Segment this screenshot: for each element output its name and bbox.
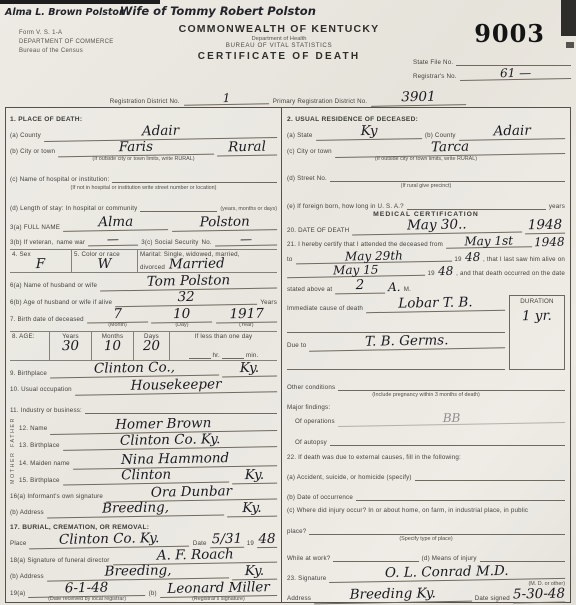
birthplace-label: 9. Birthplace [10,370,47,377]
funeral-director-addr-value: Breeding, [47,564,229,582]
funeral-director-label: 18(a) Signature of funeral director [10,557,110,564]
veteran-label2: name war [56,239,85,246]
spouse-name-label: 6(a) Name of husband or wife [10,282,97,289]
certificate-title: CERTIFICATE OF DEATH [145,51,413,62]
date-signed-value: 5-30-48 [513,587,565,602]
informant-addr-value: Breeding, [47,500,224,518]
pod-city-note: (If outside city or town limits, write R… [92,156,194,162]
date-signed-label: Date signed [475,595,510,602]
birth-day-note: (Day) [175,322,188,328]
ssn-label2: No. [202,239,212,246]
registrar-received-label: 19(a) [10,590,25,597]
attended-to-year: 48 [465,251,480,263]
spouse-age-label: 6(b) Age of husband or wife if alive [10,299,112,306]
death-hour-value: 2 [335,279,385,294]
registrar-received-note: (Date received by local registrar) [48,596,126,602]
res-foreign-label: (e) If foreign born, how long in U. S. A… [287,203,404,210]
residence-header: 2. USUAL RESIDENCE OF DECEASED: [287,116,418,123]
mother-side-label: MOTHER [10,451,19,484]
attended-from-value: May 1st [446,235,532,249]
birth-year-cell: 1917 (Year) [216,308,277,329]
scan-artifact [566,42,574,48]
other-conditions-value [338,372,565,391]
informant-addr-label: (b) Address [10,509,44,516]
pod-hospital-value [112,164,277,183]
marital-label2: divorced [140,264,165,271]
m-label: M. [404,286,411,293]
district-line: Registration District No. 1 Primary Regi… [5,85,571,105]
birth-month-value: 7 [87,307,149,323]
registration-district-label: Registration District No. [110,98,180,105]
res-county-label: (b) County [425,132,456,139]
age-label: 8. AGE: [12,333,47,340]
state-file-value [456,47,571,66]
form-header: Form V. S. 1-A DEPARTMENT OF COMMERCE Bu… [5,21,571,85]
pod-stay-label: (d) Length of stay: In hospital or commu… [10,205,137,212]
mother-birthplace-label: 15. Birthplace [19,477,60,484]
full-name-label: 3(a) FULL NAME [10,224,60,231]
birthdate-label: 7. Birth date of deceased [10,316,84,323]
res-street-value [330,163,565,182]
to-label: to [287,256,293,263]
pod-rural-value: Rural [217,140,277,156]
birth-day-value: 10 [151,307,213,323]
pod-hospital-note: (If not in hospital or institution write… [71,185,217,191]
other-conditions-note: (Include pregnancy within 3 months of de… [372,392,480,398]
scan-artifact [561,0,576,36]
birth-month-note: (Month) [108,322,127,328]
age-less-day-label: If less than one day [172,333,275,340]
sex-color-marital-row: 4. Sex F 5. Color or race W Marital: Sin… [10,249,277,274]
occurrence-date-value [356,482,565,501]
pod-city-value: Faris [58,140,214,157]
pod-stay-value [140,193,217,212]
full-name-first: Alma [63,216,169,232]
registrar-sig-note: (Registrar's signature) [192,596,245,602]
burial-date-19: 19 [247,540,254,547]
age-months-value: 10 [94,339,131,353]
to-19: 19 [454,256,461,263]
father-birthplace-value: Clinton Co. Ky. [63,432,278,450]
certify-text-1: 21. I hereby certify that I attended the… [287,241,443,248]
physician-sig-cell: O. L. Conrad M.D. (M. D. or other) [329,566,565,587]
veteran-label: 3(b) If veteran, [10,239,53,246]
date-of-death-value: May 30.. [352,218,522,235]
immediate-cause-value: Lobar T. B. [366,296,505,313]
death-certificate-scan: Alma L. Brown Polston Wife of Tommy Robe… [0,0,576,605]
marital-value: Married [169,257,225,271]
registrar-received-value: 6-1-48 [28,581,145,598]
injury-where-label: (c) Where did injury occur? In or about … [287,507,528,514]
physician-sig-label: 23. Signature [287,575,326,582]
certify-mid-text: , that I last saw him alive on [483,256,565,263]
primary-district-label: Primary Registration District No. [273,98,368,105]
form-id-block: Form V. S. 1-A DEPARTMENT OF COMMERCE Bu… [5,21,145,85]
veteran-value: — [88,232,138,246]
funeral-director-addr-state: Ky. [232,565,277,580]
father-name-label: 12. Name [19,425,47,432]
age-hr-label: hr. [213,352,220,359]
occupation-value: Housekeeper [75,377,277,395]
state-file-label: State File No. [413,59,453,66]
res-street-label: (d) Street No. [287,175,327,182]
birth-year-value: 1917 [215,307,277,323]
mother-birthplace-value: Clinton [63,468,230,485]
certify-mid2-text: , and that death occurred on the date [456,270,565,277]
occupation-label: 10. Usual occupation [10,386,72,393]
sex-value: F [12,257,69,271]
registrar-received-cell: 6-1-48 (Date received by local registrar… [28,582,145,603]
cause-duration-block: Immediate cause of death Lobar T. B. Due… [287,295,565,370]
immediate-cause-label: Immediate cause of death [287,305,363,312]
injury-where-label2: place? [287,528,306,535]
means-of-injury-value [480,543,565,562]
injury-where-note: (Specify type of place) [399,536,452,542]
registrar-no-value: 61 — [460,66,571,81]
blank-line [287,351,505,370]
commonwealth-title: COMMONWEALTH OF KENTUCKY [145,23,413,35]
physician-addr-label: Address [287,595,311,602]
informant-sig-label: 16(a) Informant's own signature [10,493,103,500]
injury-where-value [309,516,565,535]
physician-addr-value: Breeding Ky. [314,586,472,603]
pod-stay-note: (years, months or days) [220,206,277,212]
birthplace-state: Ky. [222,362,277,377]
age-hr-value [189,340,211,359]
birth-year-note: (Year) [239,322,253,328]
alive-19: 19 [428,270,435,277]
of-autopsy-value [330,427,565,446]
bureau-vital-statistics: BUREAU OF VITAL STATISTICS [145,42,413,49]
stamp-number: 9003 [413,22,571,46]
due-to-label: Due to [287,342,306,349]
age-days-value: 20 [136,339,167,353]
birth-day-cell: 10 (Day) [151,308,212,329]
age-min-label: min. [246,352,259,359]
last-alive-year: 48 [438,265,453,277]
while-at-work-value [333,543,418,562]
industry-label: 11. Industry or business: [10,407,82,414]
burial-date-year: 48 [257,533,277,548]
registrar-sig-label: (b) [149,590,157,597]
bureau-census: Bureau of the Census [19,47,145,56]
res-city-note: (If outside city or town limits, write R… [375,156,477,162]
funeral-director-addr-label: (b) Address [10,573,44,580]
father-side-label: FATHER [10,416,19,449]
form-number: Form V. S. 1-A [19,29,145,38]
form-body: 1. PLACE OF DEATH: (a) County Adair (b) … [5,107,571,603]
burial-place-value: Clinton Co. Ky. [29,532,190,549]
father-birthplace-label: 13. Birthplace [19,442,60,449]
ssn-label: 3(c) Social Security [141,239,198,246]
res-state-label: (a) State [287,132,313,139]
age-years-value: 30 [52,339,89,353]
duration-box: DURATION 1 yr. [509,295,565,370]
birth-month-cell: 7 (Month) [87,308,148,329]
accident-value [415,462,565,481]
ssn-value: — [215,232,277,246]
registrar-sig-value: Leonard Miller [160,581,277,598]
other-conditions-label: Other conditions [287,384,335,391]
of-operations-label: Of operations [295,418,335,425]
means-of-injury-label: (d) Means of injury [422,555,477,562]
color-value: W [74,257,135,272]
date-of-death-label: 20. DATE OF DEATH [287,227,349,234]
file-number-block: 9003 State File No. Registrar's No. 61 — [413,21,571,85]
right-column: 2. USUAL RESIDENCE OF DECEASED: (a) Stat… [282,108,570,602]
accident-label: (a) Accident, suicide, or homicide (spec… [287,474,412,481]
stated-above-label: stated above at [287,286,332,293]
date-of-death-year: 1948 [525,219,565,234]
scan-artifact [0,0,160,4]
external-causes-header: 22. If death was due to external causes,… [287,454,461,461]
informant-sig-value: Ora Dunbar [106,484,277,501]
pod-county-label: (a) County [10,132,41,139]
due-to-value: T. B. Germs. [309,333,505,351]
registration-district-value: 1 [184,91,269,105]
blank-line [287,314,505,333]
age-row: 8. AGE: Years 30 Months 10 Days 20 If le… [10,331,277,361]
wife-of-annotation: Wife of Tommy Robert Polston [120,4,316,18]
major-findings-label: Major findings: [287,404,330,411]
res-street-note: (If rural give precinct) [401,183,452,189]
pod-hospital-label: (c) Name of hospital or institution: [10,176,109,183]
deceased-name-annotation: Alma L. Brown Polston [5,7,126,18]
registrar-no-label: Registrar's No. [413,73,457,80]
attended-from-year: 1948 [534,236,565,249]
full-name-last: Polston [171,216,277,232]
title-block: COMMONWEALTH OF KENTUCKY Department of H… [145,21,413,85]
informant-addr-state: Ky. [227,501,277,516]
of-autopsy-label: Of autopsy [295,439,327,446]
dept-commerce: DEPARTMENT OF COMMERCE [19,38,145,47]
duration-label: DURATION [520,298,553,305]
registrar-sig-cell: Leonard Miller (Registrar's signature) [160,582,277,603]
industry-value [85,395,277,414]
death-ampm-value: A. [388,281,401,293]
res-foreign-value [407,191,546,210]
res-foreign-unit: years [549,203,565,210]
place-of-death-header: 1. PLACE OF DEATH: [10,116,82,123]
spouse-age-unit: Years [260,299,277,306]
age-min-value [222,340,244,359]
res-city-label: (c) City or town [287,148,332,155]
res-state-value: Ky [315,124,422,140]
pod-city-label: (b) City or town [10,148,55,155]
occurrence-date-label: (b) Date of occurrence [287,494,353,501]
father-group: FATHER 12. Name Homer Brown 13. Birthpla… [10,416,277,449]
spouse-age-value: 32 [115,290,257,307]
while-at-work-label: While at work? [287,555,330,562]
res-county-value: Adair [459,124,566,140]
mother-name-label: 14. Maiden name [19,460,70,467]
of-operations-value: BB [338,410,565,427]
left-column: 1. PLACE OF DEATH: (a) County Adair (b) … [6,108,282,602]
mother-birthplace-state: Ky. [232,469,277,484]
primary-district-value: 3901 [371,90,466,106]
burial-place-label: Place [10,540,26,547]
mother-group: MOTHER 14. Maiden name Nina Hammond 15. … [10,451,277,484]
duration-value: 1 yr. [522,310,552,324]
